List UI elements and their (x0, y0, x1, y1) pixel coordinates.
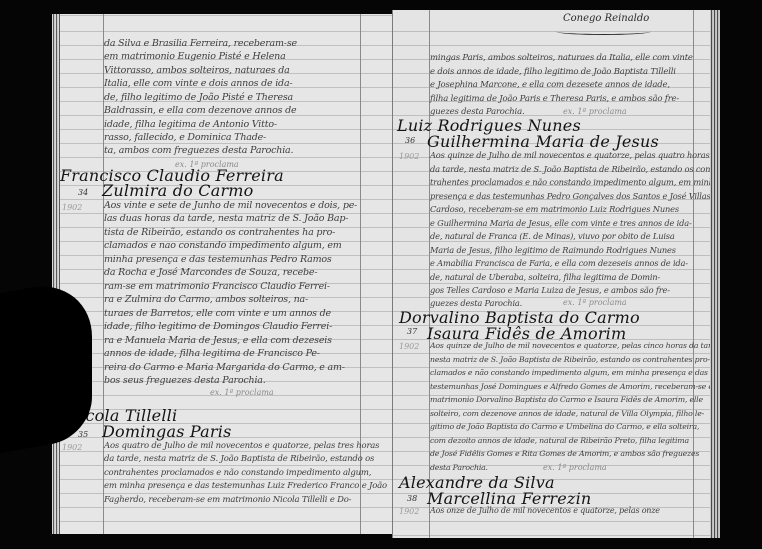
text-line: trahentes proclamados e não constando im… (430, 177, 710, 187)
text-line: clamados e não constando impedimento alg… (430, 368, 708, 377)
text-line: guezes desta Parochia. (430, 298, 522, 308)
text-line: reira do Carmo e Maria Margarida do Carm… (104, 362, 345, 373)
text-line: Aos quinze de Julho de mil novecentos e … (430, 150, 710, 160)
text-line: testemunhas José Domingues e Alfredo Gom… (430, 382, 710, 391)
entry-year: 1902 (399, 342, 419, 351)
register-book-spread: da Silva e Brasilia Ferreira, receberam-… (0, 0, 762, 549)
entry-number: 38 (407, 494, 417, 503)
text-line: em minha presença e das testemunhas Luiz… (104, 481, 387, 491)
text-line: Vittorasso, ambos solteiros, naturaes da (104, 65, 290, 76)
left-page-edges (52, 14, 60, 534)
entry-year: 1902 (399, 507, 419, 516)
text-line: clamados e nao constando impedimento alg… (104, 240, 342, 251)
text-line: mingas Paris, ambos solteiros, naturaes … (430, 53, 693, 63)
text-line: Aos onze de Julho de mil novecentos e qu… (430, 506, 660, 515)
text-line: de, filho legitimo de João Pisté e There… (104, 92, 293, 103)
text-line: e dois annos de idade, filho legitimo de… (430, 67, 676, 77)
text-line: Aos quinze de Julho de mil novecentos e … (430, 341, 710, 350)
text-line: solteiro, com dezenove annos de idade, n… (430, 409, 704, 418)
text-line: e Guilhermina Maria de Jesus, elle com v… (430, 218, 692, 228)
text-line: ram-se em matrimonio Francisco Claudio F… (104, 281, 330, 292)
text-line: ra e Zulmira do Carmo, ambos solteiros, … (104, 294, 308, 305)
entry-year: 1902 (399, 152, 419, 161)
text-line: Maria de Jesus, filho legitimo de Raimun… (430, 245, 676, 255)
text-line: idade, filho legitimo de Domingos Claudi… (104, 321, 332, 332)
text-line: Baldrassin, e ella com dezenove annos de (104, 105, 296, 116)
entry-number: 36 (405, 136, 415, 145)
text-line: rasso, fallecido, e Dominica Thade- (104, 132, 266, 143)
text-line: e Amabilia Francisca de Faria, e ella co… (430, 258, 688, 268)
proclamation-note: ex. 1ª proclama (563, 298, 627, 307)
entry-number: 37 (407, 327, 417, 336)
text-line: gos Telles Cardoso e Maria Luiza de Jesu… (430, 285, 670, 295)
text-line: bos seus freguezes desta Parochia. (104, 375, 266, 386)
right-page: Conego Reinaldo 34 mingas Paris, ambos s… (393, 10, 710, 538)
bride-name: Guilhermina Maria de Jesus (427, 132, 659, 151)
text-line: de, natural de Franca (E. de Minas), viu… (430, 231, 675, 241)
text-line: contrahentes proclamados e não constando… (104, 468, 371, 478)
entry-number: 34 (78, 188, 88, 197)
right-page-edges (710, 10, 720, 538)
thumb-shadow (0, 277, 92, 453)
text-line: da tarde, nesta matriz de S. João Baptis… (430, 164, 710, 174)
text-line: desta Parochia. (430, 463, 488, 472)
header-signature: Conego Reinaldo (563, 13, 649, 24)
text-line: ta, ambos com freguezes desta Parochia. (104, 145, 293, 156)
text-line: com dezoito annos de idade, natural de R… (430, 436, 689, 445)
text-line: Fagherdo, receberam-se em matrimonio Nic… (104, 495, 351, 505)
text-line: e Josephina Marcone, e ella com dezesete… (430, 80, 670, 90)
proclamation-note: ex. 1ª proclama (543, 463, 607, 472)
entry-year: 1902 (62, 443, 82, 452)
text-line: Aos quatro de Julho de mil novecentos e … (104, 441, 379, 451)
text-line: matrimonio Dorvalino Baptista do Carmo e… (430, 395, 703, 404)
text-line: gitimo de João Baptista do Carmo e Umbel… (430, 422, 699, 431)
text-line: da tarde, nesta matriz de S. João Baptis… (104, 454, 374, 464)
text-line: presença e das testemunhas Pedro Gonçalv… (430, 191, 710, 201)
text-line: nesta matriz de S. João Baptista de Ribe… (430, 355, 710, 364)
text-line: annos de idade, filha legitima de Franci… (104, 348, 320, 359)
bride-name: Zulmira do Carmo (102, 181, 254, 200)
text-line: Italia, elle com vinte e dois annos de i… (104, 78, 292, 89)
signature-flourish (556, 28, 651, 35)
text-line: ra e Manuela Maria de Jesus, e ella com … (104, 335, 332, 346)
right-margin-rule (693, 10, 694, 538)
entry-number: 35 (78, 430, 88, 439)
entry-year: 1902 (62, 203, 82, 212)
text-line: las duas horas da tarde, nesta matriz de… (104, 213, 348, 224)
text-line: da Silva e Brasilia Ferreira, receberam-… (104, 38, 297, 49)
bride-name: Domingas Paris (102, 422, 232, 441)
text-line: Cardoso, receberam-se em matrimonio Luiz… (430, 204, 679, 214)
text-line: minha presença e das testemunhas Pedro R… (104, 254, 332, 265)
text-line: filha legitima de João Paris e Theresa P… (430, 94, 679, 104)
proclamation-note: ex. 1ª proclama (210, 388, 274, 397)
text-line: de, natural de Uberaba, solteira, filha … (430, 272, 660, 282)
text-line: da Rocha e José Marcondes de Souza, rece… (104, 267, 317, 278)
text-line: turaes de Barretos, elle com vinte e um … (104, 308, 331, 319)
text-line: Aos vinte e sete de Junho de mil novecen… (104, 200, 357, 211)
text-line: idade, filha legitima de Antonio Vitto- (104, 119, 277, 130)
text-line: em matrimonio Eugenio Pisté e Helena (104, 51, 286, 62)
text-line: de José Fidêlis Gomes e Rita Gomes de Am… (430, 449, 699, 458)
text-line: tista de Ribeirão, estando os contrahent… (104, 227, 335, 238)
left-page: da Silva e Brasilia Ferreira, receberam-… (60, 14, 393, 534)
proclamation-note: ex. 1ª proclama (563, 107, 627, 116)
